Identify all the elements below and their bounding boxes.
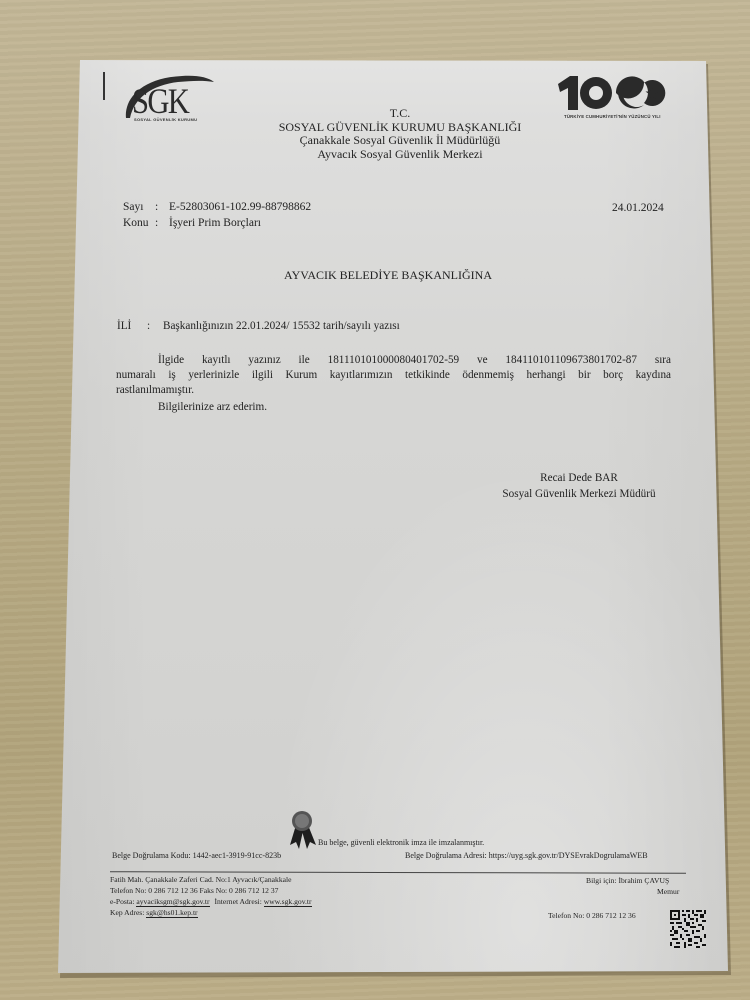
sayi-label: Sayı [123,201,155,213]
konu-value: İşyeri Prim Borçları [169,217,261,229]
sgk-wordmark: SGK [132,80,188,122]
recipient: AYVACIK BELEDİYE BAŞKANLIĞINA [284,268,492,283]
konu-separator: : [155,217,169,229]
internet-label: İnternet Adresi: [214,897,261,906]
konu-label: Konu [123,217,155,229]
centennial-subtitle: TÜRKİYE CUMHURİYETİ'NİN YÜZÜNCÜ YILI [564,114,661,119]
signer-title: Sosyal Güvenlik Merkezi Müdürü [474,486,684,502]
footer-address: Fatih Mah. Çanakkale Zaferi Cad. No:1 Ay… [110,875,292,884]
document-date: 24.01.2024 [612,202,664,214]
header-institution: SOSYAL GÜVENLİK KURUMU BAŞKANLIĞI [250,121,550,135]
verification-address-label: Belge Doğrulama Adresi: [405,851,487,860]
header-tc: T.C. [250,107,550,121]
reference-label: İLİ [117,319,147,334]
header-directorate: Çanakkale Sosyal Güvenlik İl Müdürlüğü [250,134,550,148]
sayi-value: E-52803061-102.99-88798862 [169,201,311,213]
email-label: e-Posta: [110,897,134,906]
info-phone: Telefon No: 0 286 712 12 36 [548,911,636,920]
body-line-3: rastlanılmamıştır. [116,383,194,398]
verification-code-value: 1442-aec1-3919-91cc-823b [193,851,281,860]
qr-code-icon[interactable] [670,910,706,948]
sayi-row: Sayı:E-52803061-102.99-88798862 [123,201,311,213]
verification-code-label: Belge Doğrulama Kodu: [112,851,191,860]
centennial-100-icon [556,72,666,114]
signature-block: Recai Dede BAR Sosyal Güvenlik Merkezi M… [474,470,684,502]
e-signature-note: Bu belge, güvenli elektronik imza ile im… [318,838,484,847]
sgk-subtitle: SOSYAL GÜVENLİK KURUMU [134,117,197,122]
body-line-2: numaralı iş yerlerinizle ilgili Kurum ka… [116,368,671,383]
verification-code: Belge Doğrulama Kodu: 1442-aec1-3919-91c… [112,851,281,860]
closing-line: Bilgilerinize arz ederim. [158,400,267,415]
info-title: Memur [657,887,679,896]
kep-link[interactable]: sgk@hs01.kep.tr [146,908,197,918]
kep-label: Kep Adres: [110,908,144,917]
email-link[interactable]: ayvaciksgm@sgk.gov.tr [136,897,209,907]
footer-phone-fax: Telefon No: 0 286 712 12 36 Faks No: 0 2… [110,886,278,895]
sgk-logo: SGK SOSYAL GÜVENLİK KURUMU [122,72,217,127]
body-line-1: İlgide kayıtlı yazınız ile 1811101010000… [158,353,671,368]
margin-mark [103,72,105,100]
centennial-logo: TÜRKİYE CUMHURİYETİ'NİN YÜZÜNCÜ YILI [556,72,666,122]
verification-address-link[interactable]: https://uyg.sgk.gov.tr/DYSEvrakDogrulama… [489,851,648,860]
info-contact: Bilgi için: İbrahim ÇAVUŞ [586,876,669,885]
footer-kep-row: Kep Adres: sgk@hs01.kep.tr [110,908,198,917]
reference-row: İLİ:Başkanlığınızın 22.01.2024/ 15532 ta… [117,319,400,334]
header-center: Ayvacık Sosyal Güvenlik Merkezi [250,148,550,162]
verification-address: Belge Doğrulama Adresi: https://uyg.sgk.… [405,851,648,860]
document-header: T.C. SOSYAL GÜVENLİK KURUMU BAŞKANLIĞI Ç… [250,107,550,161]
reference-value: Başkanlığınızın 22.01.2024/ 15532 tarih/… [163,320,400,332]
sayi-separator: : [155,201,169,213]
konu-row: Konu:İşyeri Prim Borçları [123,217,261,229]
reference-separator: : [147,319,163,334]
footer-contact-row: e-Posta: ayvaciksgm@sgk.gov.tr İnternet … [110,897,312,906]
website-link[interactable]: www.sgk.gov.tr [264,897,312,907]
signer-name: Recai Dede BAR [474,470,684,486]
e-signature-seal-icon [288,809,318,851]
